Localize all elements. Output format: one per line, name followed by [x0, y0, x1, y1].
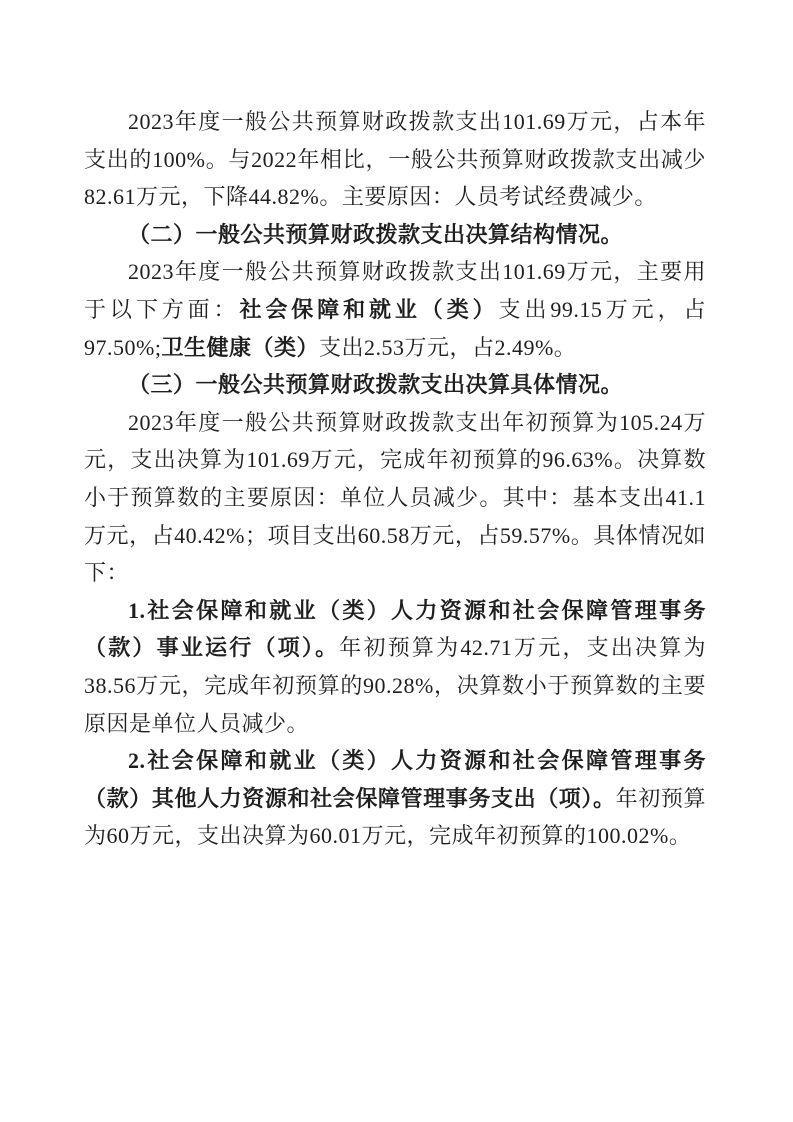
text-segment: 2023年度一般公共预算财政拨款支出101.69万元，占本年支出的100%。与2… — [84, 109, 706, 209]
para-item-2-other-hr-social-security: 2.社会保障和就业（类）人力资源和社会保障管理事务（款）其他人力资源和社会保障管… — [84, 742, 706, 855]
bold-text-segment: （二）一般公共预算财政拨款支出决算结构情况。 — [128, 222, 623, 247]
para-item-1-social-security-operation: 1.社会保障和就业（类）人力资源和社会保障管理事务（款）事业运行（项）。年初预算… — [84, 592, 706, 742]
document-page: 2023年度一般公共预算财政拨款支出101.69万元，占本年支出的100%。与2… — [0, 0, 793, 1122]
text-segment: 2023年度一般公共预算财政拨款支出年初预算为105.24万元，支出决算为101… — [84, 410, 706, 585]
text-segment: 支出2.53万元，占2.49%。 — [319, 335, 576, 360]
para-expenditure-structure-detail: 2023年度一般公共预算财政拨款支出101.69万元，主要用于以下方面：社会保障… — [84, 253, 706, 366]
bold-text-segment: （三）一般公共预算财政拨款支出决算具体情况。 — [128, 372, 623, 397]
bold-text-segment: 2.社会保障和就业（类）人力资源和社会保障管理事务（款）其他人力资源和社会保障管… — [84, 748, 706, 811]
heading-section-2-expenditure-structure: （二）一般公共预算财政拨款支出决算结构情况。 — [84, 216, 706, 254]
heading-section-3-expenditure-specifics: （三）一般公共预算财政拨款支出决算具体情况。 — [84, 366, 706, 404]
document-body: 2023年度一般公共预算财政拨款支出101.69万元，占本年支出的100%。与2… — [84, 103, 706, 855]
para-general-budget-expenditure-overview: 2023年度一般公共预算财政拨款支出101.69万元，占本年支出的100%。与2… — [84, 103, 706, 216]
bold-text-segment: 卫生健康（类） — [161, 335, 319, 360]
bold-text-segment: 社会保障和就业（类） — [239, 297, 498, 322]
para-expenditure-specifics-overview: 2023年度一般公共预算财政拨款支出年初预算为105.24万元，支出决算为101… — [84, 404, 706, 592]
